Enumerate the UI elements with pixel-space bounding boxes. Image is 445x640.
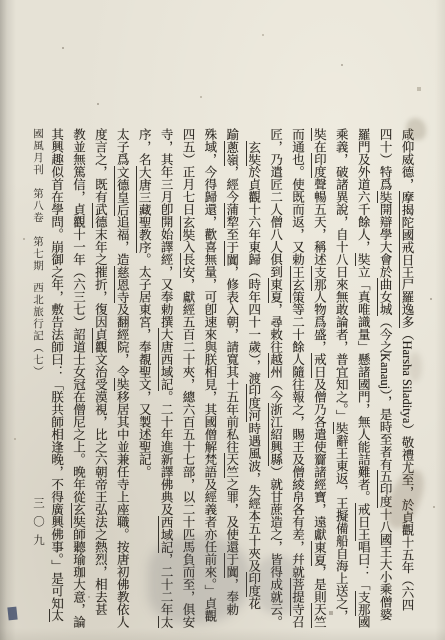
text-column-6: 而通也。使既而返，又勅王玄策等二十餘人隨往報之，賜王及僧綾帛各有差，幷就菩提寺召… xyxy=(287,128,308,631)
text-column-16: 教並無篤信，貞觀十一年（六三七）詔道士女冠在僧尼之上。晚年從玄奘師聽瑜珈大意，論… xyxy=(68,128,89,631)
text-column-17: 其興趣似首在學問。崩御之年，敷告法師曰：「朕共師相逢晚，不得廣興佛事。」是可知太… xyxy=(46,128,67,631)
text-column-15: 度言之，既有武德末年之摧折，復因貞觀文治受漠視，比之六朝帝王弘法之熱烈，相去甚遠… xyxy=(89,128,110,631)
journal-issue-label: 國風月刊 第八卷 第七期 xyxy=(32,128,43,272)
text-column-12: 寺，其年三月卽開始譯經，又奉勅撰大唐西域記。二十年進新譯佛典及西域記，二十二年太… xyxy=(155,128,176,631)
text-column-1: 咸仰威德，摩揭陀國戒日王尸羅逸多（Harsha Siladitya）敬禮尤至，於… xyxy=(396,128,417,631)
text-column-10: 殊域，今得歸還，歡喜無量，可卽速來與朕相見，其國僧解梵語及經義者亦任前來。」貞觀… xyxy=(199,128,220,631)
scanned-book-page: 國風月刊 第八卷 第七期西北旅行記（七） 三〇九 咸仰威德，摩揭陀國戒日王尸羅逸… xyxy=(0,0,445,640)
article-title-label: 西北旅行記（七） xyxy=(32,282,43,378)
text-column-7: 匠，乃遣匠二人僧八人俱到東夏，尋敕往越州（今浙江紹興縣）就甘蔗造之，皆得成就云。 xyxy=(265,128,286,631)
text-column-8: 玄奘於貞觀十六年東歸（時年四十一歲），渡印度河時遇風波，失經本五十夾及印度花種，… xyxy=(243,128,264,631)
margin-running-title: 國風月刊 第八卷 第七期西北旅行記（七） xyxy=(30,128,44,458)
column-13-main-text: 序，名大唐三藏聖教序。太子居東宮，奉覩聖文，又製述聖記。 xyxy=(136,128,151,478)
text-column-2: 四十）特爲奘開辯學大會於曲女城（今之Kanauj），是時至者有五印度十八國王大小… xyxy=(374,128,395,631)
blue-stamp-mark xyxy=(7,607,17,621)
text-column-14: 太子爲文德皇后追福，造慈恩寺及翻經院，令奘移居其中並兼任寺上座職。按唐初佛教依人… xyxy=(111,128,132,631)
text-column-11: 四五）正月七日玄奘入長安，獻經五百二十夾，總六百五十七部，以二十匹馬負而至，俱安… xyxy=(177,128,198,631)
dust-specks xyxy=(0,0,2,2)
text-column-5: 奘在印度聲暢五天，稱述支那人物爲盛，戒日及僧乃各遣使齎諸經寶，遠獻東夏，是則天竺… xyxy=(308,128,329,631)
page-number: 三〇九 xyxy=(31,497,45,553)
text-column-13: 序，名大唐三藏聖教序。太子居東宮，奉覩聖文，又製述聖記。其後寺僧懷仁集王右軍書法… xyxy=(133,128,154,631)
text-column-4: 乘義，破諸異說，自十八日來無敢論者，普宜知之。」奘辭王東返，王擬備船自海上送之，… xyxy=(330,128,351,631)
text-column-3: 羅門及外道六千餘人，奘立「真唯識量」懸諸國門，無人能詰難者。戒日王唱曰：「支那國… xyxy=(352,128,373,631)
text-column-9: 踰蔥嶺，經今蒲犂至于闐，修表入朝，請寬其十五年前私往天竺之罪，及使還于闐，奉勅曰… xyxy=(221,128,242,631)
